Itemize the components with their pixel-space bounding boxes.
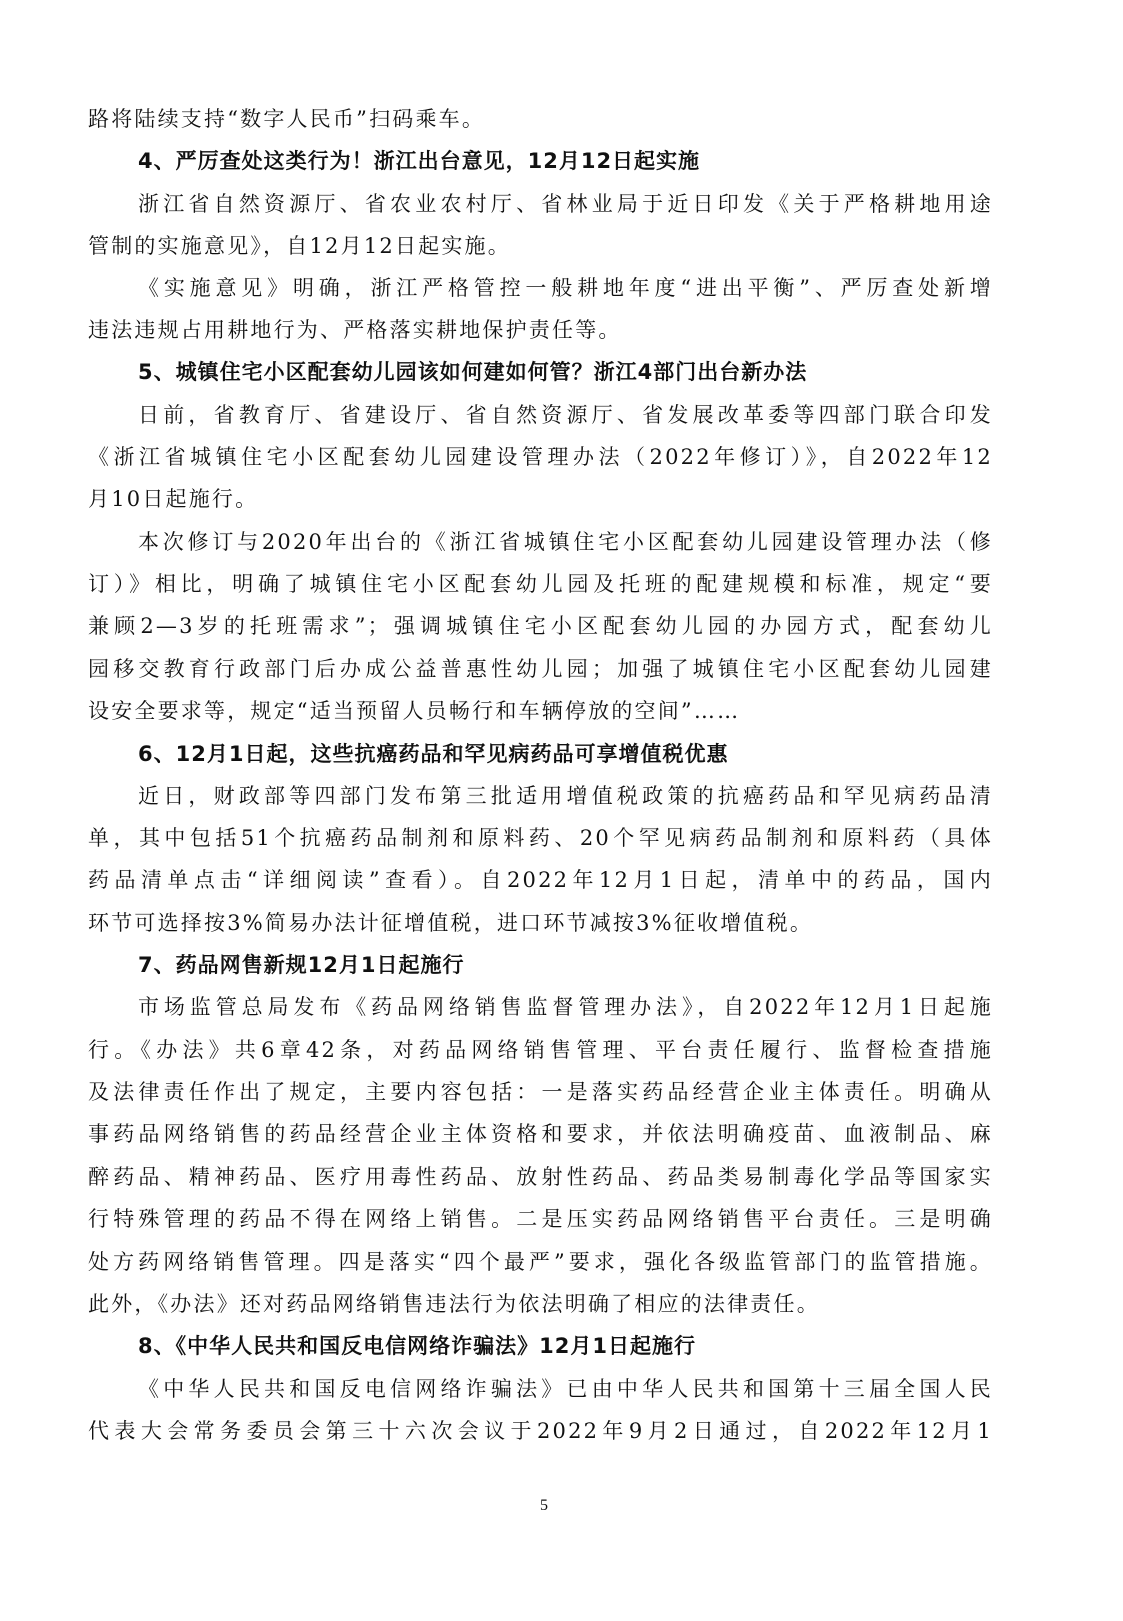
paragraph-line: 环节可选择按3%简易办法计征增值税，进口环节减按3%征收增值税。 <box>88 909 993 937</box>
paragraph-line: 园移交教育行政部门后办成公益普惠性幼儿园；加强了城镇住宅小区配套幼儿园建 <box>88 655 993 683</box>
paragraph-line: 药品清单点击“详细阅读”查看）。自2022年12月1日起，清单中的药品，国内 <box>88 866 993 894</box>
paragraph-line: 处方药网络销售管理。四是落实“四个最严”要求，强化各级监管部门的监管措施。 <box>88 1248 993 1276</box>
paragraph-line: 本次修订与2020年出台的《浙江省城镇住宅小区配套幼儿园建设管理办法（修 <box>88 528 993 556</box>
paragraph-line: 及法律责任作出了规定，主要内容包括：一是落实药品经营企业主体责任。明确从 <box>88 1078 993 1106</box>
paragraph-line: 近日，财政部等四部门发布第三批适用增值税政策的抗癌药品和罕见病药品清 <box>88 782 993 810</box>
section-heading: 4、严厉查处这类行为！浙江出台意见，12月12日起实施 <box>88 147 993 175</box>
paragraph-line: 日前，省教育厅、省建设厅、省自然资源厅、省发展改革委等四部门联合印发 <box>88 401 993 429</box>
section-heading: 8、《中华人民共和国反电信网络诈骗法》12月1日起施行 <box>88 1332 993 1360</box>
section-heading: 7、药品网售新规12月1日起施行 <box>88 951 993 979</box>
paragraph-line: 路将陆续支持“数字人民币”扫码乘车。 <box>88 105 993 133</box>
paragraph-line: 行。《办法》共6章42条，对药品网络销售管理、平台责任履行、监督检查措施 <box>88 1036 993 1064</box>
paragraph-line: 《浙江省城镇住宅小区配套幼儿园建设管理办法（2022年修订）》，自2022年12 <box>88 443 993 471</box>
paragraph-line: 代表大会常务委员会第三十六次会议于2022年9月2日通过，自2022年12月1 <box>88 1417 993 1445</box>
paragraph-line: 设安全要求等，规定“适当预留人员畅行和车辆停放的空间”…… <box>88 697 993 725</box>
paragraph-line: 月10日起施行。 <box>88 485 993 513</box>
paragraph-line: 违法违规占用耕地行为、严格落实耕地保护责任等。 <box>88 316 993 344</box>
paragraph-line: 事药品网络销售的药品经营企业主体资格和要求，并依法明确疫苗、血液制品、麻 <box>88 1120 993 1148</box>
page-number: 5 <box>540 1497 548 1515</box>
paragraph-line: 醉药品、精神药品、医疗用毒性药品、放射性药品、药品类易制毒化学品等国家实 <box>88 1163 993 1191</box>
paragraph-line: 《中华人民共和国反电信网络诈骗法》已由中华人民共和国第十三届全国人民 <box>88 1375 993 1403</box>
paragraph-line: 管制的实施意见》，自12月12日起实施。 <box>88 232 993 260</box>
section-heading: 6、12月1日起，这些抗癌药品和罕见病药品可享增值税优惠 <box>88 740 993 768</box>
paragraph-line: 市场监管总局发布《药品网络销售监督管理办法》，自2022年12月1日起施 <box>88 993 993 1021</box>
section-heading: 5、城镇住宅小区配套幼儿园该如何建如何管？浙江4部门出台新办法 <box>88 358 993 386</box>
paragraph-line: 兼顾2—3岁的托班需求”；强调城镇住宅小区配套幼儿园的办园方式，配套幼儿 <box>88 612 993 640</box>
paragraph-line: 《实施意见》明确，浙江严格管控一般耕地年度“进出平衡”、严厉查处新增 <box>88 274 993 302</box>
paragraph-line: 单，其中包括51个抗癌药品制剂和原料药、20个罕见病药品制剂和原料药（具体 <box>88 824 993 852</box>
paragraph-line: 行特殊管理的药品不得在网络上销售。二是压实药品网络销售平台责任。三是明确 <box>88 1205 993 1233</box>
paragraph-line: 浙江省自然资源厅、省农业农村厅、省林业局于近日印发《关于严格耕地用途 <box>88 190 993 218</box>
paragraph-line: 订）》相比，明确了城镇住宅小区配套幼儿园及托班的配建规模和标准，规定“要 <box>88 570 993 598</box>
paragraph-line: 此外，《办法》还对药品网络销售违法行为依法明确了相应的法律责任。 <box>88 1290 993 1318</box>
